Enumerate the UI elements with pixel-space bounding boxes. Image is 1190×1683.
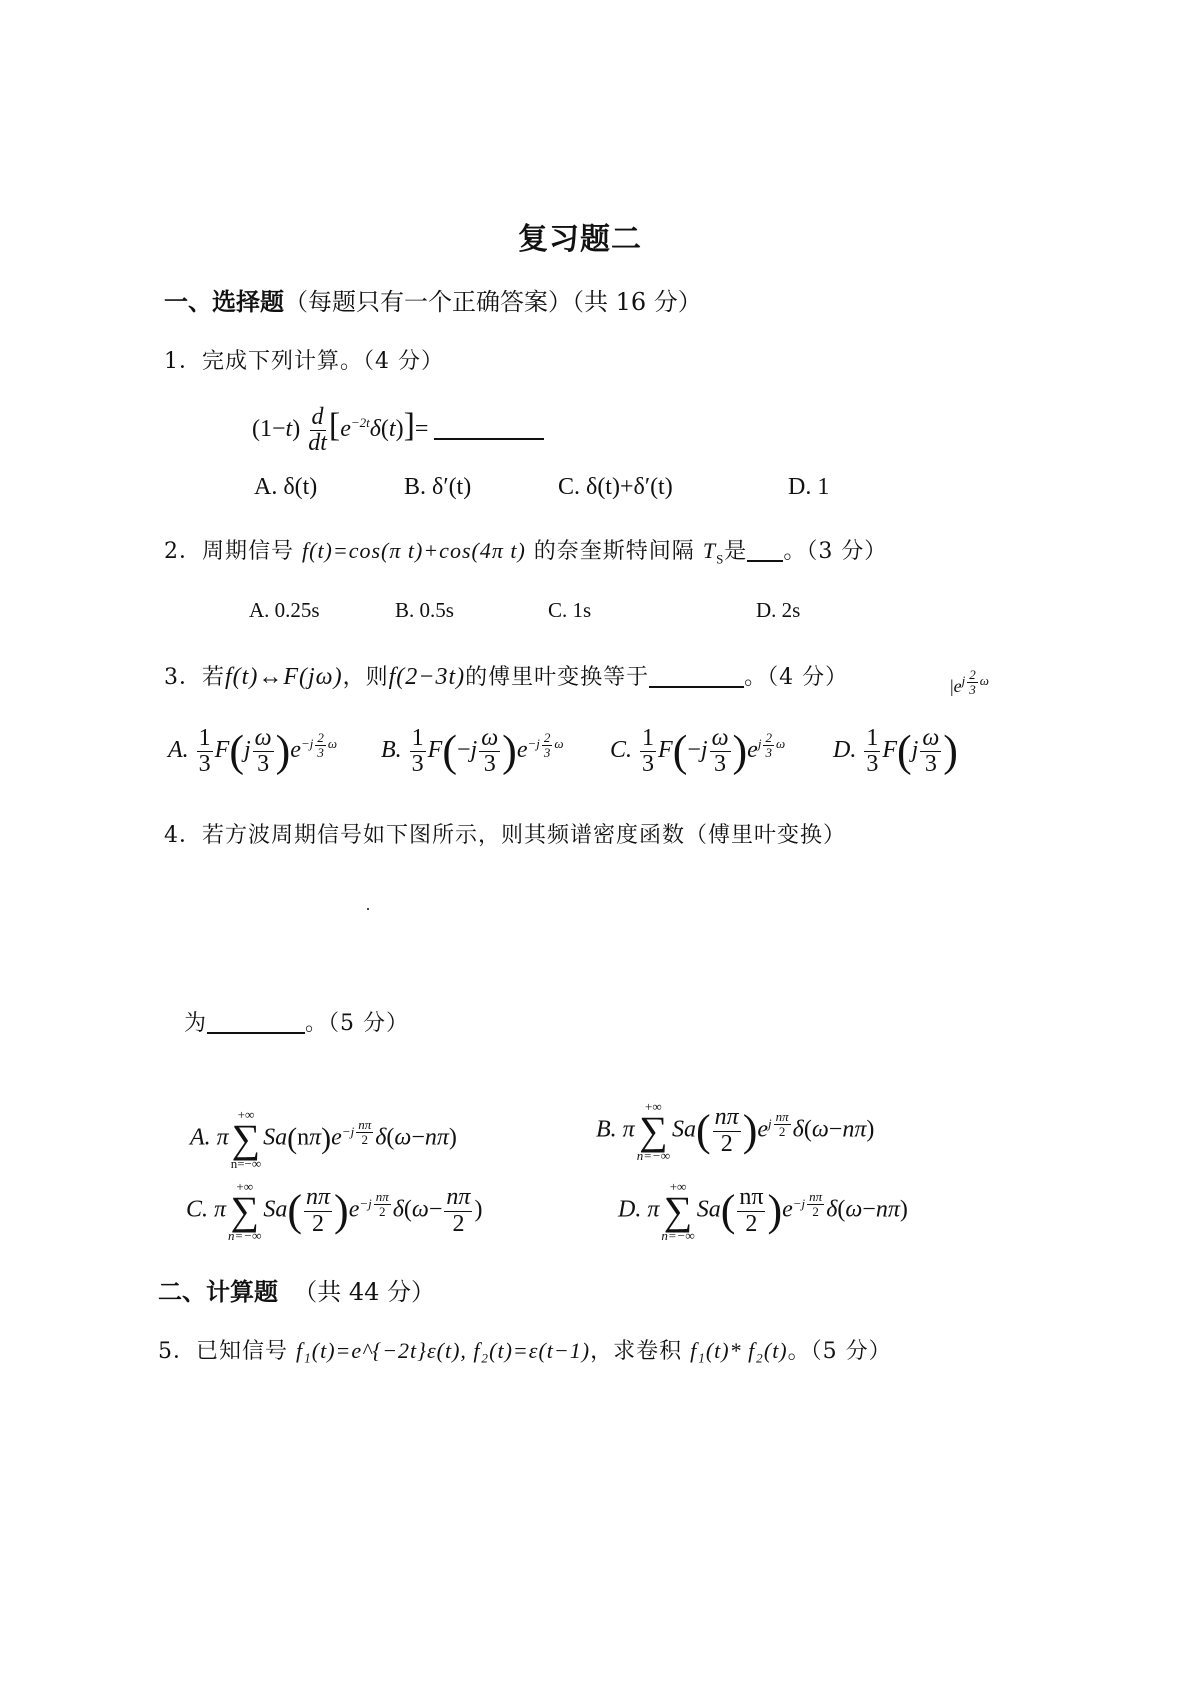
question-1-prompt: 1．完成下列计算。（4 分） [164,344,444,375]
answer-blank [434,414,544,440]
q2-mid: 的奈奎斯特间隔 [534,539,695,564]
section-1-label: 一、选择题 [164,287,284,316]
answer-blank [207,1010,305,1034]
q4-option-a: A. π+∞∑n=−∞Sa(nπ)e−jnπ2δ(ω−nπ) [190,1108,457,1170]
q4-cont-prefix: 为 [184,1011,207,1036]
q3-option-a: A. 13F(jω3)e−j23ω [168,726,337,777]
q3-relation: f(t)↔F(jω) [225,664,343,690]
answer-blank [747,538,783,562]
section-2-heading: 二、计算题 （共 44 分） [158,1272,435,1307]
q5-end: 。（5 分） [788,1339,892,1364]
q2-suffix: 是 [724,539,747,564]
section-2-note: （共 44 分） [293,1278,435,1306]
q1-option-d: D. 1 [788,474,829,501]
q5-signals: f₁(t)=e^{−2t}ε(t), f₂(t)=ε(t−1) [296,1338,590,1363]
q5-prefix: 5．已知信号 [158,1339,288,1364]
question-5-prompt: 5．已知信号 f₁(t)=e^{−2t}ε(t), f₂(t)=ε(t−1)，求… [158,1334,892,1365]
q5-convolution: f₁(t)* f₂(t) [690,1338,788,1363]
q3-stray-exponent: |ej23ω [950,668,989,697]
q4-option-c: C. π+∞∑n=−∞Sa(nπ2)e−jnπ2δ(ω−nπ2) [186,1180,482,1242]
figure-placeholder-dot [367,908,369,910]
q2-end: 。（3 分） [783,539,887,564]
q3-suffix: 的傅里叶变换等于 [465,665,649,690]
q2-option-a: A. 0.25s [249,598,320,623]
q2-option-c: C. 1s [548,598,591,623]
q4-cont-suffix: 。（5 分） [305,1011,409,1036]
question-3-prompt: 3．若f(t)↔F(jω)，则f(2−3t)的傅里叶变换等于。（4 分） [164,660,848,691]
q2-prefix: 2．周期信号 [164,539,294,564]
section-1-heading: 一、选择题（每题只有一个正确答案）（共 16 分） [164,282,702,317]
section-1-note: （每题只有一个正确答案）（共 16 分） [284,288,702,316]
q1-option-a: A. δ(t) [254,474,317,501]
q3-option-d: D. 13F(jω3) [833,726,958,777]
question-4-prompt: 4．若方波周期信号如下图所示，则其频谱密度函数（傅里叶变换） [164,818,846,849]
q3-option-b: B. 13F(−jω3)e−j23ω [381,726,564,777]
q1-option-b: B. δ′(t) [404,474,471,501]
q2-symbol: T [703,538,716,563]
q4-option-d: D. π+∞∑n=−∞Sa(nπ2)e−jnπ2δ(ω−nπ) [618,1180,908,1242]
q3-prefix: 3．若 [164,665,225,690]
q1-option-c: C. δ(t)+δ′(t) [558,474,673,501]
q4-option-b: B. π+∞∑n=−∞Sa(nπ2)ejnπ2δ(ω−nπ) [596,1100,874,1162]
q5-mid: ，求卷积 [590,1339,682,1364]
q3-option-c: C. 13F(−jω3)ej23ω [610,726,785,777]
q2-option-b: B. 0.5s [395,598,454,623]
question-4-continuation: 为。（5 分） [184,1006,409,1037]
section-2-label: 二、计算题 [158,1277,278,1306]
q3-end: 。（4 分） [744,665,848,690]
q2-option-d: D. 2s [756,598,800,623]
q2-signal: f(t)=cos(π t)+cos(4π t) [302,538,526,563]
page-title: 复习题二 [518,214,642,258]
q3-target: f(2−3t) [389,664,466,690]
answer-blank [649,664,744,688]
question-2-prompt: 2．周期信号 f(t)=cos(π t)+cos(4π t) 的奈奎斯特间隔 T… [164,534,887,567]
q3-mid: ，则 [343,665,389,690]
question-1-expression: (1−t) ddt[e−2tδ(t)]= [252,405,544,456]
